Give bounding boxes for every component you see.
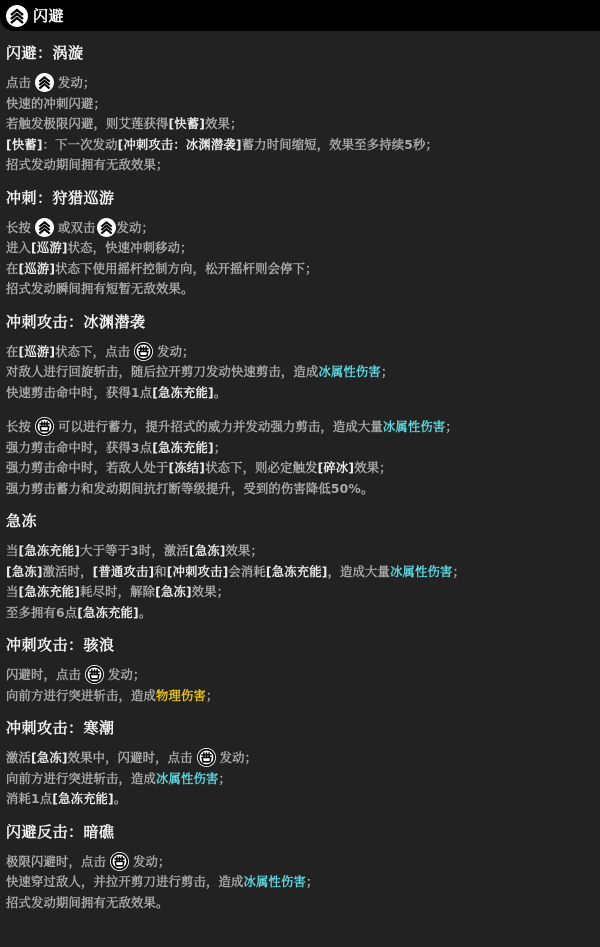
description-text: 快速的冲刺闪避； — [6, 97, 106, 111]
ice-damage-label: 冰属性伤害 — [318, 365, 381, 379]
description-text: 状态，快速冲刺移动； — [68, 241, 193, 255]
description-line: 当[急冻充能]大于等于3时，激活[急冻]效果； — [6, 541, 594, 562]
description-line: 至多拥有6点[急冻充能]。 — [6, 603, 594, 624]
description-text: ； — [381, 365, 394, 379]
keyword-term: [急冻] — [189, 544, 226, 558]
description-text: 在 — [6, 262, 19, 276]
skill-list: 闪避：涡漩点击发动；快速的冲刺闪避；若触发极限闪避，则艾莲获得[快蓄]效果；[快… — [0, 43, 600, 913]
keyword-term: [急冻充能] — [19, 585, 81, 599]
description-line: 招式发动瞬间拥有短暂无敌效果。 — [6, 279, 594, 300]
keyword-term: [巡游] — [19, 345, 56, 359]
description-text: ； — [206, 689, 219, 703]
description-text: 状态下，点击 — [55, 345, 130, 359]
description-text: 大于等于3时，激活 — [80, 544, 189, 558]
description-text: 向前方进行突进斩击，造成 — [6, 689, 156, 703]
description-text: 发动； — [220, 751, 258, 765]
description-text: 发动； — [133, 855, 171, 869]
description-text: 对敌人进行回旋斩击，随后拉开剪刀发动快速剪击，造成 — [6, 365, 318, 379]
skill-section: 急冻当[急冻充能]大于等于3时，激活[急冻]效果；[急冻]激活时，[普通攻击]和… — [6, 511, 594, 623]
description-line: 招式发动期间拥有无敌效果。 — [6, 893, 594, 914]
description-line: 在[巡游]状态下，点击发动； — [6, 342, 594, 363]
description-text: 耗尽时，解除 — [80, 585, 155, 599]
description-text: 效果； — [192, 585, 230, 599]
description-line: 在[巡游]状态下使用摇杆控制方向，松开摇杆则会停下； — [6, 259, 594, 280]
description-text: 当 — [6, 585, 19, 599]
description-line: 招式发动期间拥有无敌效果； — [6, 155, 594, 176]
description-text: 效果中，闪避时，点击 — [68, 751, 193, 765]
description-text: 当 — [6, 544, 19, 558]
description-line: 长按可以进行蓄力，提升招式的威力并发动强力剪击，造成大量冰属性伤害； — [6, 417, 594, 438]
description-line: 消耗1点[急冻充能]。 — [6, 789, 594, 810]
description-text: ； — [214, 441, 227, 455]
description-line: 当[急冻充能]耗尽时，解除[急冻]效果； — [6, 582, 594, 603]
keyword-term: [急冻充能] — [52, 792, 114, 806]
keyword-term: [冲刺攻击] — [167, 565, 229, 579]
description-text: 招式发动瞬间拥有短暂无敌效果。 — [6, 282, 193, 296]
description-text: 发动； — [58, 76, 96, 90]
description-text: 状态下使用摇杆控制方向，松开摇杆则会停下； — [55, 262, 317, 276]
skill-section: 闪避：涡漩点击发动；快速的冲刺闪避；若触发极限闪避，则艾莲获得[快蓄]效果；[快… — [6, 43, 594, 176]
description-line: 强力剪击命中时，获得3点[急冻充能]； — [6, 438, 594, 459]
skill-title: 冲刺攻击：冰渊潜袭 — [6, 312, 594, 332]
description-text: 或双击 — [58, 221, 96, 235]
description-line: [急冻]激活时，[普通攻击]和[冲刺攻击]会消耗[急冻充能]，造成大量冰属性伤害… — [6, 562, 594, 583]
physical-damage-label: 物理伤害 — [156, 689, 206, 703]
attack-fist-icon — [35, 417, 54, 436]
keyword-term: [快蓄] — [168, 117, 205, 131]
description-text: 闪避时，点击 — [6, 668, 81, 682]
description-text: 至多拥有6点 — [6, 606, 77, 620]
description-text: 激活 — [6, 751, 31, 765]
description-line: [快蓄]：下一次发动[冲刺攻击：冰渊潜袭]蓄力时间缩短，效果至多持续5秒； — [6, 135, 594, 156]
description-text: ，造成大量 — [328, 565, 391, 579]
description-line: 激活[急冻]效果中，闪避时，点击发动； — [6, 748, 594, 769]
description-line: 点击发动； — [6, 73, 594, 94]
attack-fist-icon — [197, 748, 216, 767]
description-line: 强力剪击蓄力和发动期间抗打断等级提升，受到的伤害降低50%。 — [6, 479, 594, 500]
description-text: 。 — [139, 606, 152, 620]
keyword-term: [碎冰] — [318, 461, 355, 475]
description-line: 强力剪击命中时，若敌人处于[冻结]状态下，则必定触发[碎冰]效果； — [6, 458, 594, 479]
description-text: 蓄力时间缩短，效果至多持续5秒； — [242, 138, 438, 152]
description-line: 快速穿过敌人，并拉开剪刀进行剪击，造成冰属性伤害； — [6, 872, 594, 893]
skill-section: 闪避反击：暗礁极限闪避时，点击发动；快速穿过敌人，并拉开剪刀进行剪击，造成冰属性… — [6, 822, 594, 914]
description-line: 进入[巡游]状态，快速冲刺移动； — [6, 238, 594, 259]
description-line: 极限闪避时，点击发动； — [6, 852, 594, 873]
ice-damage-label: 冰属性伤害 — [383, 420, 446, 434]
dodge-chevrons-icon — [35, 218, 54, 237]
description-text: 进入 — [6, 241, 31, 255]
description-text: ； — [445, 420, 458, 434]
skill-title: 冲刺攻击：骇浪 — [6, 635, 594, 655]
skill-section: 冲刺：狩猎巡游长按或双击发动；进入[巡游]状态，快速冲刺移动；在[巡游]状态下使… — [6, 188, 594, 300]
dodge-chevrons-icon — [6, 5, 28, 27]
description-text: 。 — [114, 792, 127, 806]
description-text: 效果； — [354, 461, 392, 475]
keyword-term: [巡游] — [19, 262, 56, 276]
keyword-term: [普通攻击] — [93, 565, 155, 579]
description-line: 快速剪击命中时，获得1点[急冻充能]。 — [6, 383, 594, 404]
ice-damage-label: 冰属性伤害 — [156, 772, 219, 786]
ice-damage-label: 冰属性伤害 — [390, 565, 453, 579]
page-title: 闪避 — [33, 5, 64, 26]
description-line: 闪避时，点击发动； — [6, 665, 594, 686]
skill-title: 冲刺：狩猎巡游 — [6, 188, 594, 208]
description-line: 快速的冲刺闪避； — [6, 94, 594, 115]
description-text: 长按 — [6, 420, 31, 434]
description-text: 强力剪击命中时，获得3点 — [6, 441, 152, 455]
description-text: 发动； — [108, 668, 146, 682]
keyword-term: [快蓄] — [6, 138, 43, 152]
description-text: 发动； — [157, 345, 195, 359]
keyword-term: [冻结] — [168, 461, 205, 475]
description-text: 长按 — [6, 221, 31, 235]
description-text: 。 — [214, 386, 227, 400]
description-line: 向前方进行突进斩击，造成冰属性伤害； — [6, 769, 594, 790]
description-text: 效果； — [226, 544, 264, 558]
description-text: 效果； — [205, 117, 243, 131]
keyword-term: [急冻充能] — [77, 606, 139, 620]
description-text: 激活时， — [43, 565, 93, 579]
keyword-term: [急冻充能] — [266, 565, 328, 579]
description-text: 消耗1点 — [6, 792, 52, 806]
description-text: ； — [218, 772, 231, 786]
description-text: 点击 — [6, 76, 31, 90]
keyword-term: [急冻充能] — [19, 544, 81, 558]
keyword-term: [急冻] — [31, 751, 68, 765]
keyword-term: [巡游] — [31, 241, 68, 255]
skill-section: 冲刺攻击：寒潮激活[急冻]效果中，闪避时，点击发动；向前方进行突进斩击，造成冰属… — [6, 718, 594, 810]
description-text: 会消耗 — [228, 565, 266, 579]
skill-section: 冲刺攻击：骇浪闪避时，点击发动；向前方进行突进斩击，造成物理伤害； — [6, 635, 594, 706]
description-text: 在 — [6, 345, 19, 359]
attack-fist-icon — [134, 342, 153, 361]
dodge-chevrons-icon — [97, 218, 116, 237]
attack-fist-icon — [110, 852, 129, 871]
description-text: 和 — [154, 565, 167, 579]
description-text: 强力剪击命中时，若敌人处于 — [6, 461, 168, 475]
description-line: 对敌人进行回旋斩击，随后拉开剪刀发动快速剪击，造成冰属性伤害； — [6, 362, 594, 383]
description-text: 极限闪避时，点击 — [6, 855, 106, 869]
dodge-chevrons-icon — [35, 73, 54, 92]
keyword-term: [急冻] — [6, 565, 43, 579]
skill-title: 闪避反击：暗礁 — [6, 822, 594, 842]
skill-section: 冲刺攻击：冰渊潜袭在[巡游]状态下，点击发动；对敌人进行回旋斩击，随后拉开剪刀发… — [6, 312, 594, 500]
description-line: 向前方进行突进斩击，造成物理伤害； — [6, 686, 594, 707]
description-text: 可以进行蓄力，提升招式的威力并发动强力剪击，造成大量 — [58, 420, 383, 434]
description-text: 快速剪击命中时，获得1点 — [6, 386, 152, 400]
skill-title: 急冻 — [6, 511, 594, 531]
description-text: 若触发极限闪避，则艾莲获得 — [6, 117, 168, 131]
description-text: 强力剪击蓄力和发动期间抗打断等级提升，受到的伤害降低50%。 — [6, 482, 373, 496]
keyword-term: [急冻充能] — [152, 441, 214, 455]
description-text: 状态下，则必定触发 — [205, 461, 317, 475]
keyword-term: [急冻充能] — [152, 386, 214, 400]
description-text: 发动； — [117, 221, 155, 235]
description-text: ：下一次发动 — [43, 138, 118, 152]
skill-title: 冲刺攻击：寒潮 — [6, 718, 594, 738]
ice-damage-label: 冰属性伤害 — [243, 875, 306, 889]
header-bar: 闪避 — [0, 0, 600, 31]
description-text: 招式发动期间拥有无敌效果； — [6, 158, 168, 172]
keyword-term: [冲刺攻击：冰渊潜袭] — [118, 138, 242, 152]
description-line: 若触发极限闪避，则艾莲获得[快蓄]效果； — [6, 114, 594, 135]
description-text: 快速穿过敌人，并拉开剪刀进行剪击，造成 — [6, 875, 243, 889]
description-text: 招式发动期间拥有无敌效果。 — [6, 896, 168, 910]
description-line: 长按或双击发动； — [6, 218, 594, 239]
attack-fist-icon — [85, 665, 104, 684]
description-text: ； — [306, 875, 319, 889]
description-text: 向前方进行突进斩击，造成 — [6, 772, 156, 786]
keyword-term: [急冻] — [155, 585, 192, 599]
description-text: ； — [453, 565, 466, 579]
skill-title: 闪避：涡漩 — [6, 43, 594, 63]
